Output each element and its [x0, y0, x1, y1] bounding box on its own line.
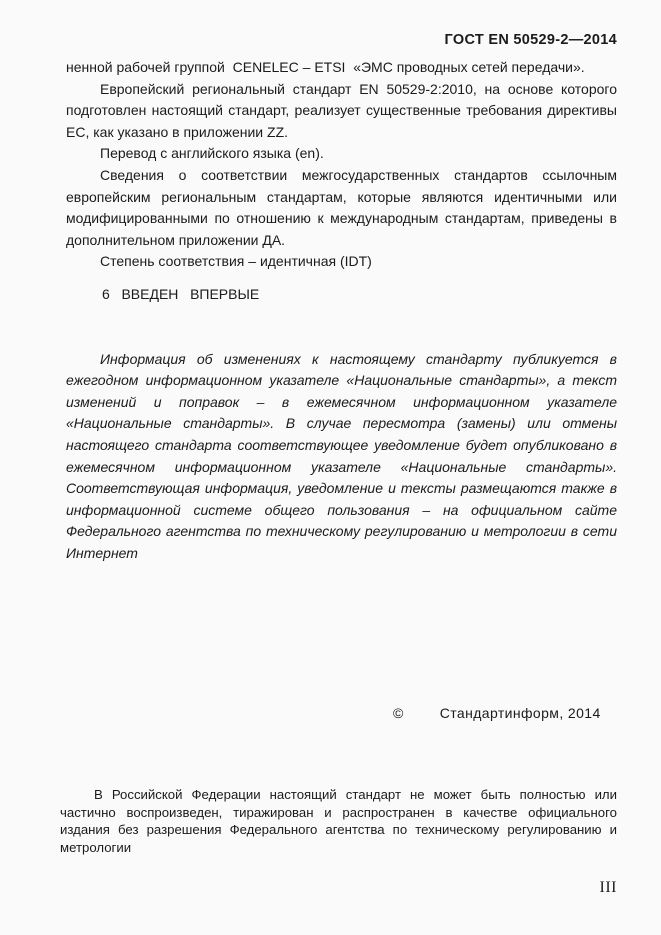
note-publication-information: Информация об изменениях к настоящему ст…: [66, 349, 617, 565]
document-page: ГОСТ EN 50529-2—2014 ненной рабочей груп…: [0, 0, 661, 935]
copyright-holder: Стандартинформ, 2014: [440, 705, 601, 721]
foreword-continuation-line: ненной рабочей группой CENELEC – ETSI «Э…: [66, 57, 617, 79]
copyright-line: © Стандартинформ, 2014: [393, 705, 601, 721]
foreword-section: ненной рабочей группой CENELEC – ETSI «Э…: [66, 57, 617, 564]
copyright-symbol: ©: [393, 705, 404, 721]
paragraph-translation: Перевод с английского языка (en).: [66, 143, 617, 165]
page-number: III: [66, 879, 617, 897]
paragraph-en-standard: Европейский региональный стандарт EN 505…: [66, 79, 617, 144]
paragraph-conformity-info: Сведения о соответствии межгосударственн…: [66, 165, 617, 251]
clause-6-introduced-first-time: 6 ВВЕДЕН ВПЕРВЫЕ: [66, 284, 617, 306]
paragraph-conformity-degree: Степень соответствия – идентичная (IDT): [66, 251, 617, 273]
document-code-header: ГОСТ EN 50529-2—2014: [66, 32, 617, 48]
reproduction-restriction-paragraph: В Российской Федерации настоящий стандар…: [60, 786, 617, 856]
